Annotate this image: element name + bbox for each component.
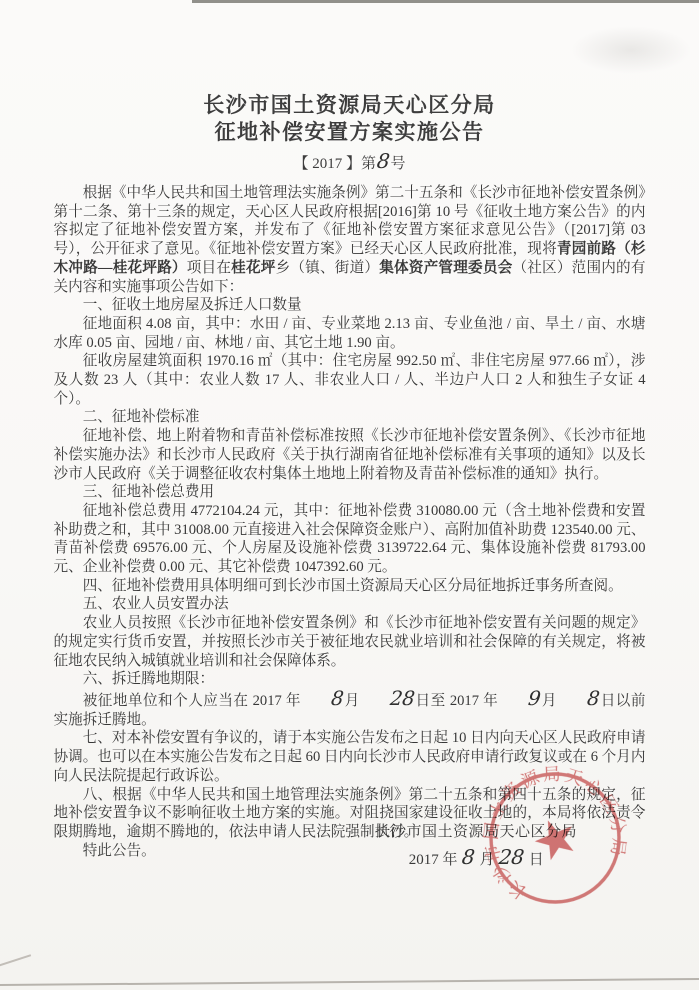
text-segment: 征地面积 4.08 亩，其中：水田 / 亩、专业菜地 2.13 亩、专业鱼池 /… — [54, 316, 646, 351]
text-segment: 乡（镇、街道） — [276, 260, 380, 276]
bold-text-segment: 集体资产管理委员会 — [379, 260, 512, 276]
paragraph: 二、征地补偿标准 — [54, 408, 646, 427]
paragraph: 一、征收土地房屋及拆迁人口数量 — [54, 296, 646, 315]
doc-number-suffix: 号 — [390, 156, 405, 172]
document-title-line1: 长沙市国土资源局天心区分局 — [0, 92, 699, 119]
text-segment: 四、征地补偿费用具体明细可到长沙市国土资源局天心区分局征地拆迁事务所查阅。 — [83, 578, 623, 594]
doc-number-handwritten: 8 — [375, 151, 392, 171]
handwritten-text: 8 — [300, 689, 345, 709]
text-segment: 二、征地补偿标准 — [83, 409, 200, 425]
text-segment: 三、征地补偿总费用 — [83, 484, 214, 500]
handwritten-text: 8 — [556, 689, 601, 709]
stamp-star-icon — [529, 813, 580, 863]
scanned-document-page: 长沙市国土资源局天心区分局 征地补偿安置方案实施公告 【 2017 】第8号 根… — [0, 0, 699, 990]
text-segment: 日至 2017 年 — [415, 693, 498, 709]
paragraph: 六、拆迁腾地期限： — [54, 670, 646, 689]
text-segment: 六、拆迁腾地期限： — [83, 671, 214, 687]
paragraph: 根据《中华人民共和国土地管理法实施条例》第二十五条和《长沙市征地补偿安置条例》第… — [54, 184, 646, 296]
handwritten-text: 28 — [359, 689, 416, 709]
text-segment: 项目在 — [187, 260, 231, 276]
bold-text-segment: 桂花坪 — [231, 260, 275, 276]
scan-artifact-top-edge — [192, 0, 699, 3]
text-segment: 征地补偿、地上附着物和青苗补偿标准按照《长沙市征地补偿安置条例》、《长沙市征地补… — [54, 428, 646, 481]
text-segment: 月 — [344, 693, 360, 709]
paragraph: 征地补偿总费用 4772104.24 元，其中：征地补偿费 310080.00 … — [54, 502, 646, 577]
scan-artifact-corner — [0, 954, 35, 982]
text-segment: 特此公告。 — [83, 843, 156, 859]
text-segment: 征收房屋建筑面积 1970.16 ㎡（其中：住宅房屋 992.50 ㎡、非住宅房… — [54, 353, 646, 406]
text-segment: 征地补偿总费用 4772104.24 元，其中：征地补偿费 310080.00 … — [54, 503, 646, 575]
text-segment: 五、农业人员安置办法 — [83, 596, 229, 612]
paragraph: 农业人员按照《长沙市征地补偿安置条例》和《长沙市征地补偿安置有关问题的规定》的规… — [54, 614, 646, 670]
paragraph: 征地面积 4.08 亩，其中：水田 / 亩、专业菜地 2.13 亩、专业鱼池 /… — [54, 315, 646, 352]
scan-artifact-smudge — [571, 26, 691, 74]
document-title-line2: 征地补偿安置方案实施公告 — [0, 119, 699, 146]
paragraph: 四、征地补偿费用具体明细可到长沙市国土资源局天心区分局征地拆迁事务所查阅。 — [54, 577, 646, 596]
text-segment: 农业人员按照《长沙市征地补偿安置条例》和《长沙市征地补偿安置有关问题的规定》的规… — [54, 615, 646, 668]
text-segment: 月 — [541, 693, 557, 709]
paragraph: 被征地单位和个人应当在 2017 年8月28日至 2017 年9月8日以前实施拆… — [54, 689, 646, 729]
doc-number-prefix: 【 2017 】第 — [294, 156, 377, 172]
paragraph: 五、农业人员安置办法 — [54, 595, 646, 614]
paragraph: 三、征地补偿总费用 — [54, 483, 646, 502]
paragraph: 征收房屋建筑面积 1970.16 ㎡（其中：住宅房屋 992.50 ㎡、非住宅房… — [54, 352, 646, 408]
scan-artifact-bottom-edge — [0, 978, 699, 986]
text-segment: 被征地单位和个人应当在 2017 年 — [83, 693, 301, 709]
text-segment: 2017 年 — [409, 852, 462, 868]
text-segment: 一、征收土地房屋及拆迁人口数量 — [83, 297, 302, 313]
handwritten-text: 9 — [497, 689, 542, 709]
document-number: 【 2017 】第8号 — [0, 151, 699, 173]
paragraph: 征地补偿、地上附着物和青苗补偿标准按照《长沙市征地补偿安置条例》、《长沙市征地补… — [54, 427, 646, 483]
